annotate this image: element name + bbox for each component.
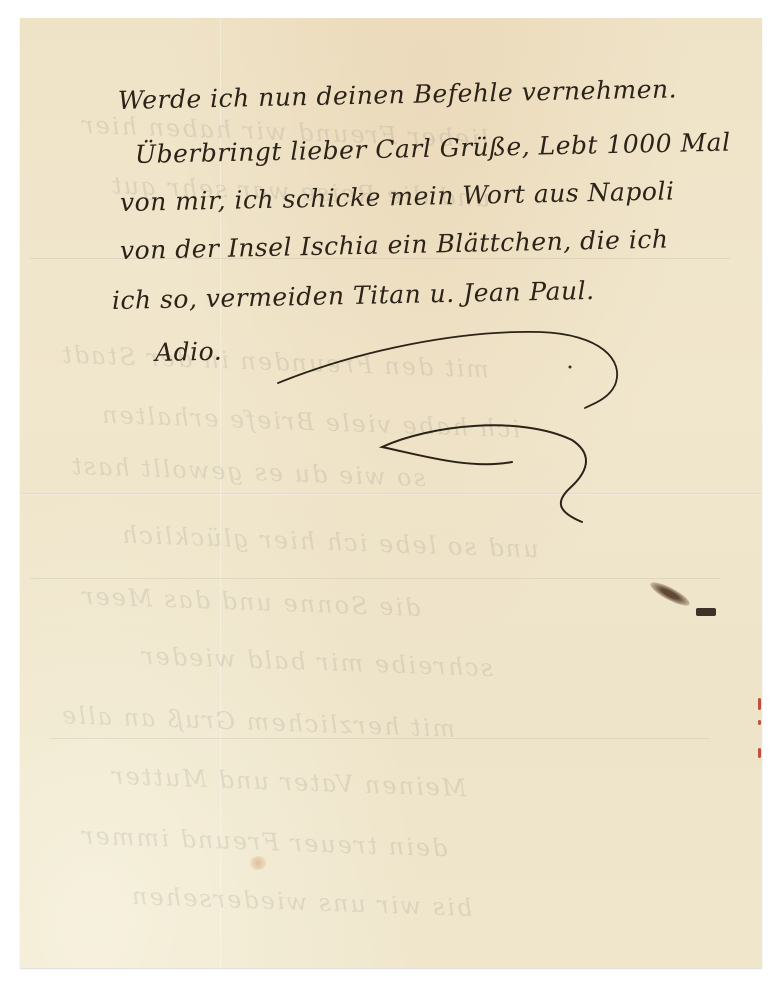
show-through-rule (50, 738, 710, 739)
show-through-text: mit herzlichem Gruß an alle (60, 701, 456, 743)
show-through-text: dein treuer Freund immer (80, 822, 448, 863)
letter-page: lieber Freund wir haben hier und die Rei… (20, 18, 762, 968)
show-through-text: bis wir uns wiedersehen (130, 882, 473, 922)
show-through-text: schreibe mir bald wieder (140, 642, 494, 682)
show-through-text: mit den Freunden in der Stadt (60, 341, 490, 384)
show-through-text: und so lebe ich hier glücklich (120, 521, 539, 564)
letter-line-5: ich so, vermeiden Titan u. Jean Paul. (112, 276, 595, 315)
letter-line-1: Werde ich nun deinen Befehle vernehmen. (118, 74, 678, 115)
brown-spot (250, 856, 266, 870)
horizontal-fold (20, 493, 762, 495)
wax-trace (758, 698, 761, 710)
ink-blot (696, 608, 716, 616)
show-through-text: so wie du es gewollt hast (70, 452, 427, 492)
wax-trace (758, 748, 761, 758)
show-through-text: Meinen Vater und Mutter (110, 762, 467, 802)
show-through-text: die Sonne und das Meer (80, 582, 421, 622)
ink-blot (648, 578, 692, 609)
letter-closing: Adio. (155, 337, 223, 367)
show-through-text: ich habe viele Briefe erhalten (100, 401, 521, 444)
show-through-rule (30, 578, 720, 579)
wax-trace (758, 720, 761, 725)
